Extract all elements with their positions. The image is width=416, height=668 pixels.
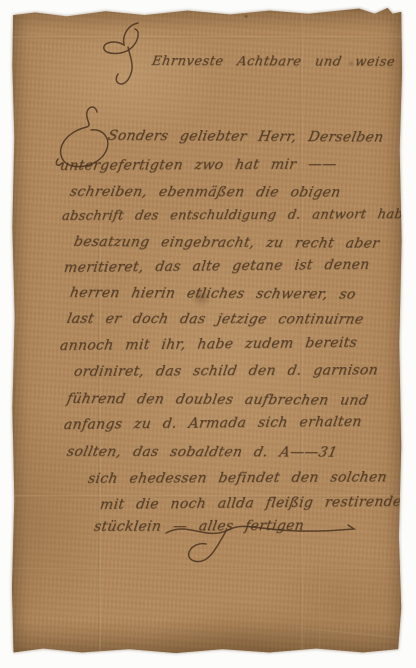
handwriting-line: mit die noch allda fleißig restirende [99, 494, 403, 513]
fold-crease-vertical-top [192, 8, 194, 98]
handwriting-line: schreiben, ebenmäßen die obigen [68, 184, 342, 201]
handwriting-line: annoch mit ihr, habe zudem bereits [59, 335, 358, 354]
fold-crease-vertical-bottom-right [318, 566, 320, 653]
handwriting-line: meritieret, das alte getane ist denen [63, 257, 371, 276]
handwriting-line: herren hierin etliches schwerer, so [69, 285, 358, 303]
photo-background: Ehrnveste Achtbare und weise Sonders gel… [0, 0, 416, 668]
handwriting-line: stücklein — alles fertigen [93, 518, 305, 535]
handwriting-line: sich ehedessen befindet den solchen [87, 469, 388, 487]
handwriting-line: ordiniret, das schild den d. garnison [73, 362, 379, 380]
fold-crease-diagonal-corner [297, 627, 412, 641]
handwriting-line: last er doch das jetzige continuirne [65, 311, 365, 328]
handwriting-line: anfangs zu d. Armada sich erhalten [63, 414, 363, 433]
handwriting-line: sollten, das sobaldten d. A——31 [65, 444, 338, 461]
fold-crease-horizontal-bottom [12, 568, 402, 570]
heading-initial-flourish [100, 20, 152, 90]
heading-line: Ehrnveste Achtbare und weise [151, 54, 396, 70]
fold-crease-vertical-right [300, 8, 303, 653]
fold-crease-horizontal-top [12, 36, 402, 39]
handwriting-line: besatzung eingebracht, zu recht aber [73, 234, 381, 252]
letter-paper: Ehrnveste Achtbare und weise Sonders gel… [12, 8, 402, 653]
handwriting-line: führend den doubles aufbrechen und [66, 391, 370, 409]
handwriting-line: untergefertigten zwo hat mir —— [59, 157, 338, 174]
handwriting-line: Sonders geliebter Herr, Derselben [107, 128, 385, 146]
letter-paper-wrap: Ehrnveste Achtbare und weise Sonders gel… [12, 8, 402, 653]
handwriting-line: abschrift des entschuldigung d. antwort … [61, 207, 416, 224]
